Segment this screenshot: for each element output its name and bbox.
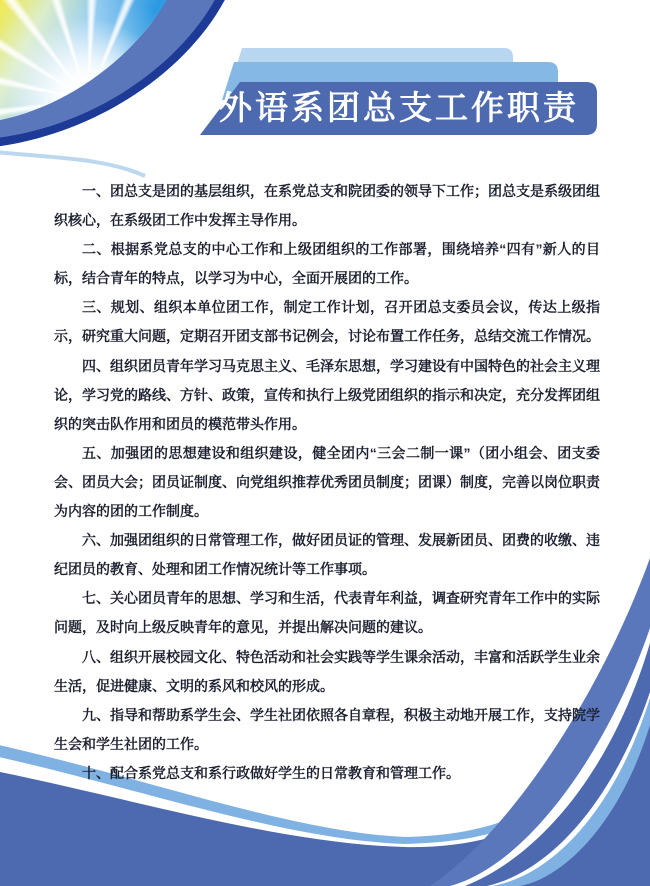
duty-item-2: 二、根据系党总支的中心工作和上级团组织的工作部署，围绕培养“四有”新人的目标，结…	[54, 235, 600, 293]
duty-item-10: 十、配合系党总支和系行政做好学生的日常教育和管理工作。	[54, 759, 600, 788]
duty-item-8: 八、组织开展校园文化、特色活动和社会实践等学生课余活动，丰富和活跃学生业余生活，…	[54, 643, 600, 701]
duty-item-1: 一、团总支是团的基层组织，在系党总支和院团委的领导下工作；团总支是系级团组织核心…	[54, 177, 600, 235]
duty-item-9: 九、指导和帮助系学生会、学生社团依照各自章程，积极主动地开展工作，支持院学生会和…	[54, 701, 600, 759]
duty-item-4: 四、组织团员青年学习马克思主义、毛泽东思想，学习建设有中国特色的社会主义理论，学…	[54, 352, 600, 439]
duties-list: 一、团总支是团的基层组织，在系党总支和院团委的领导下工作；团总支是系级团组织核心…	[54, 0, 600, 788]
poster-page: 外语系团总支工作职责 一、团总支是团的基层组织，在系党总支和院团委的领导下工作；…	[0, 0, 650, 886]
duty-item-3: 三、规划、组织本单位团工作，制定工作计划，召开团总支委员会议，传达上级指示，研究…	[54, 293, 600, 351]
duty-item-6: 六、加强团组织的日常管理工作，做好团员证的管理、发展新团员、团费的收缴、违纪团员…	[54, 526, 600, 584]
duty-item-5: 五、加强团的思想建设和组织建设，健全团内“三会二制一课”（团小组会、团支委会、团…	[54, 439, 600, 526]
duty-item-7: 七、关心团员青年的思想、学习和生活，代表青年利益，调查研究青年工作中的实际问题，…	[54, 584, 600, 642]
